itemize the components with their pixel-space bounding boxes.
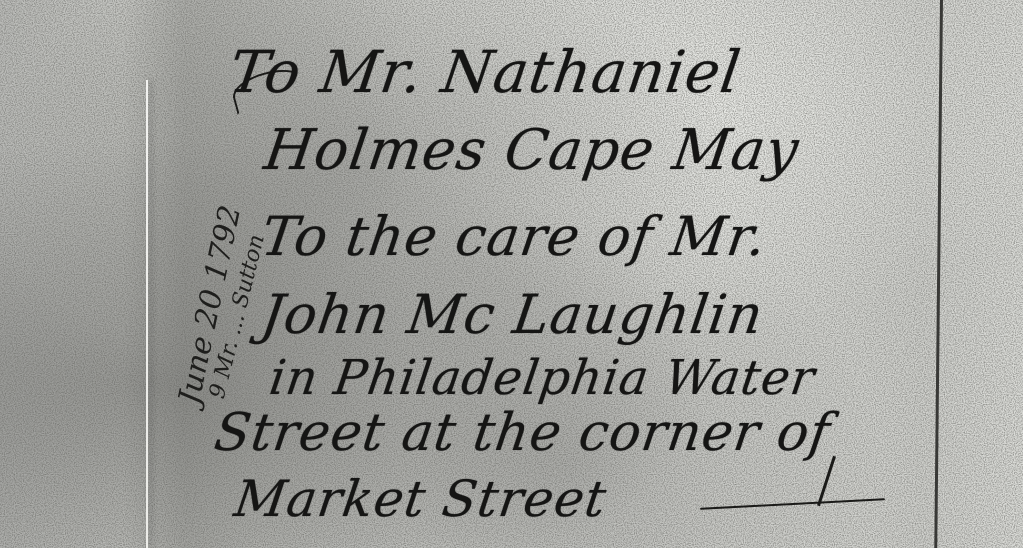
closing-dash-stroke [817,456,836,506]
address-line-4: John Mc Laughlin [258,283,768,346]
address-line-5: in Philadelphia Water [266,350,819,406]
closing-underline-stroke [700,498,885,510]
address-line-2: Holmes Cape May [260,118,803,183]
left-fold-edge [146,80,148,548]
address-line-1: To Mr. Nathaniel [225,38,745,106]
letter-facsimile: June 20 1792 9 Mr. ... Sutton To Mr. Nat… [0,0,1023,548]
address-line-6: Street at the corner of [211,403,834,463]
address-line-7: Market Street [231,470,610,528]
right-fold-edge [934,0,943,548]
address-line-3: To the care of Mr. [258,205,771,268]
